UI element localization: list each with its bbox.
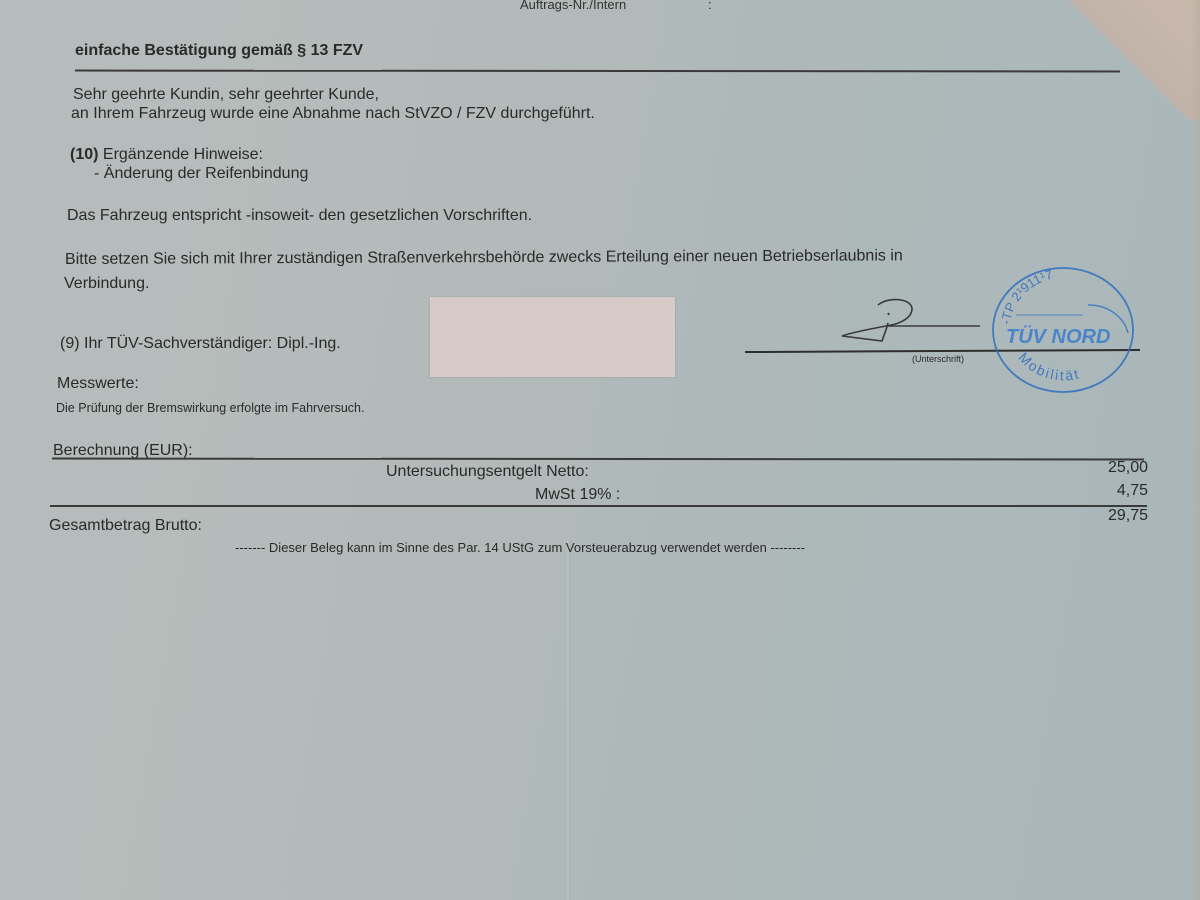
notes-heading: (10) Ergänzende Hinweise: [70,146,263,164]
notes-number: (10) [70,146,98,163]
measurements-heading: Messwerte: [57,375,139,393]
notes-item: - Änderung der Reifenbindung [94,165,308,183]
tuv-nord-stamp: -TP 2¹911¹7 TÜV NORD Mobilität [988,263,1138,398]
paper-edge [1190,0,1200,900]
stamp-top-text: -TP 2¹911¹7 [998,267,1054,326]
total-amount: 29,75 [1108,507,1148,525]
svg-text:-TP 2¹911¹7: -TP 2¹911¹7 [998,267,1054,326]
order-ref-colon: : [708,0,712,12]
instruction-line-2: Verbindung. [64,275,149,293]
billing-divider-bottom [50,505,1147,507]
greeting-line-1: Sehr geehrte Kundin, sehr geehrter Kunde… [73,86,379,104]
notes-label: Ergänzende Hinweise: [103,146,263,163]
measurements-text: Die Prüfung der Bremswirkung erfolgte im… [56,401,364,415]
document-title: einfache Bestätigung gemäß § 13 FZV [75,42,363,60]
instruction-line-1: Bitte setzen Sie sich mit Ihrer zuständi… [65,247,903,269]
signature-caption: (Unterschrift) [912,354,964,364]
stamp-brand: TÜV NORD [1006,325,1110,348]
title-divider [75,70,1120,73]
net-fee-amount: 25,00 [1108,459,1148,477]
total-label: Gesamtbetrag Brutto: [49,517,202,535]
paper-fold [565,540,571,900]
compliance-statement: Das Fahrzeug entspricht -insoweit- den g… [67,207,532,225]
net-fee-label: Untersuchungsentgelt Netto: [386,463,589,481]
billing-divider-top [52,458,1144,461]
inspector-label: (9) Ihr TÜV-Sachverständiger: Dipl.-Ing. [60,335,341,353]
vat-label: MwSt 19% : [535,486,620,504]
svg-text:Mobilität: Mobilität [1015,349,1081,383]
stamp-bottom-text: Mobilität [1015,349,1081,383]
vat-amount: 4,75 [1117,482,1148,500]
tax-footnote: ------- Dieser Beleg kann im Sinne des P… [235,540,805,555]
order-ref-label: Auftrags-Nr./Intern [520,0,626,12]
background-corner [1000,0,1200,120]
redacted-inspector-name [430,297,675,377]
greeting-line-2: an Ihrem Fahrzeug wurde eine Abnahme nac… [71,105,595,123]
